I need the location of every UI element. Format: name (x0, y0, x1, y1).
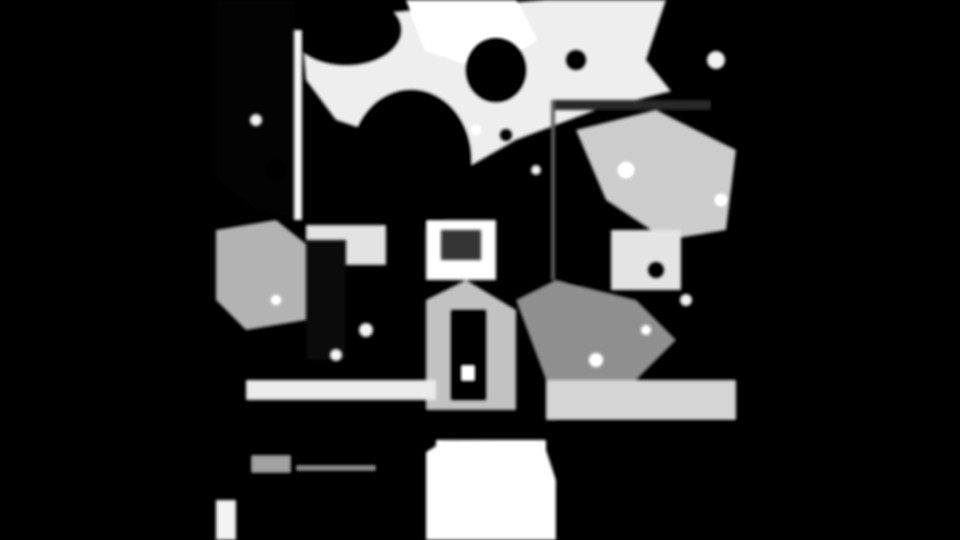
letterbox-background (0, 0, 960, 540)
artwork-graphic (216, 0, 746, 540)
collage-artwork (216, 0, 746, 540)
